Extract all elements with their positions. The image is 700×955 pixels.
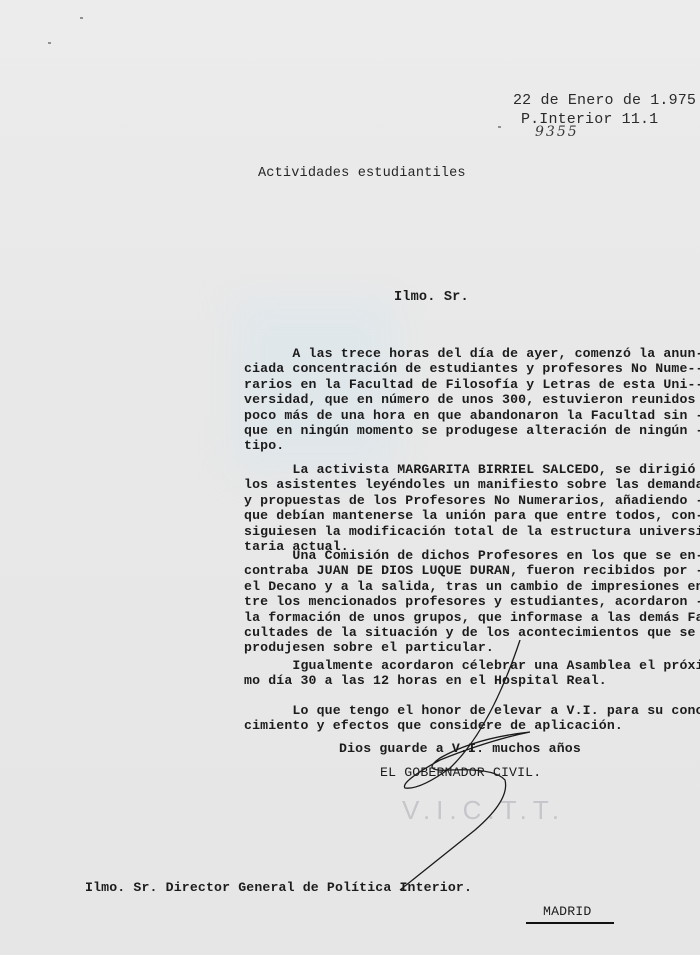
body-paragraph-5: Lo que tengo el honor de elevar a V.I. p… (244, 703, 700, 734)
document-date: 22 de Enero de 1.975 (513, 93, 696, 108)
text-line: siguiesen la modificación total de la es… (244, 524, 700, 539)
text-line: rarios en la Facultad de Filosofía y Let… (244, 377, 700, 392)
text-line: que debían mantenerse la unión para que … (244, 508, 700, 523)
text-line: ciada concentración de estudiantes y pro… (244, 361, 700, 376)
salutation: Ilmo. Sr. (394, 290, 469, 305)
text-line: contraba JUAN DE DIOS LUQUE DURAN, fuero… (244, 563, 700, 578)
signer-title: EL GOBERNADOR CIVIL. (380, 765, 541, 780)
text-line: versidad, que en número de unos 300, est… (244, 392, 700, 407)
city-underline (526, 922, 614, 924)
document-page: 22 de Enero de 1.975 P.Interior 11.1 935… (0, 0, 700, 955)
handwritten-registry-number: 9355 (535, 124, 579, 140)
text-line: la formación de unos grupos, que informa… (244, 610, 700, 625)
faded-stamp: V.I.C.T.T. (402, 795, 565, 826)
text-line: A las trece horas del día de ayer, comen… (244, 346, 700, 361)
text-line: cimiento y efectos que considere de apli… (244, 718, 700, 733)
closing-formula: Dios guarde a V.I. muchos años (339, 741, 581, 756)
document-subject: Actividades estudiantiles (258, 166, 466, 181)
text-line: produjesen sobre el particular. (244, 640, 700, 655)
paper-speck (80, 17, 83, 19)
body-paragraph-3: Una Comisión de dichos Profesores en los… (244, 548, 700, 656)
paper-speck (498, 126, 501, 128)
body-paragraph-1: A las trece horas del día de ayer, comen… (244, 346, 700, 454)
text-line: cultades de la situación y de los aconte… (244, 625, 700, 640)
text-line: tre los mencionados profesores y estudia… (244, 594, 700, 609)
text-line: poco más de una hora en que abandonaron … (244, 408, 700, 423)
destination-city: MADRID (543, 904, 591, 919)
text-line: tipo. (244, 438, 700, 453)
text-line: el Decano y a la salida, tras un cambio … (244, 579, 700, 594)
paper-speck (48, 42, 51, 44)
text-line: mo día 30 a las 12 horas en el Hospital … (244, 673, 700, 688)
text-line: Igualmente acordaron célebrar una Asambl… (244, 658, 700, 673)
text-line: y propuestas de los Profesores No Numera… (244, 493, 700, 508)
addressee: Ilmo. Sr. Director General de Política I… (85, 880, 472, 895)
body-paragraph-4: Igualmente acordaron célebrar una Asambl… (244, 658, 700, 689)
text-line: Una Comisión de dichos Profesores en los… (244, 548, 700, 563)
body-paragraph-2: La activista MARGARITA BIRRIEL SALCEDO, … (244, 462, 700, 554)
text-line: que en ningún momento se produgese alter… (244, 423, 700, 438)
text-line: La activista MARGARITA BIRRIEL SALCEDO, … (244, 462, 700, 477)
text-line: los asistentes leyéndoles un manifiesto … (244, 477, 700, 492)
text-line: Lo que tengo el honor de elevar a V.I. p… (244, 703, 700, 718)
